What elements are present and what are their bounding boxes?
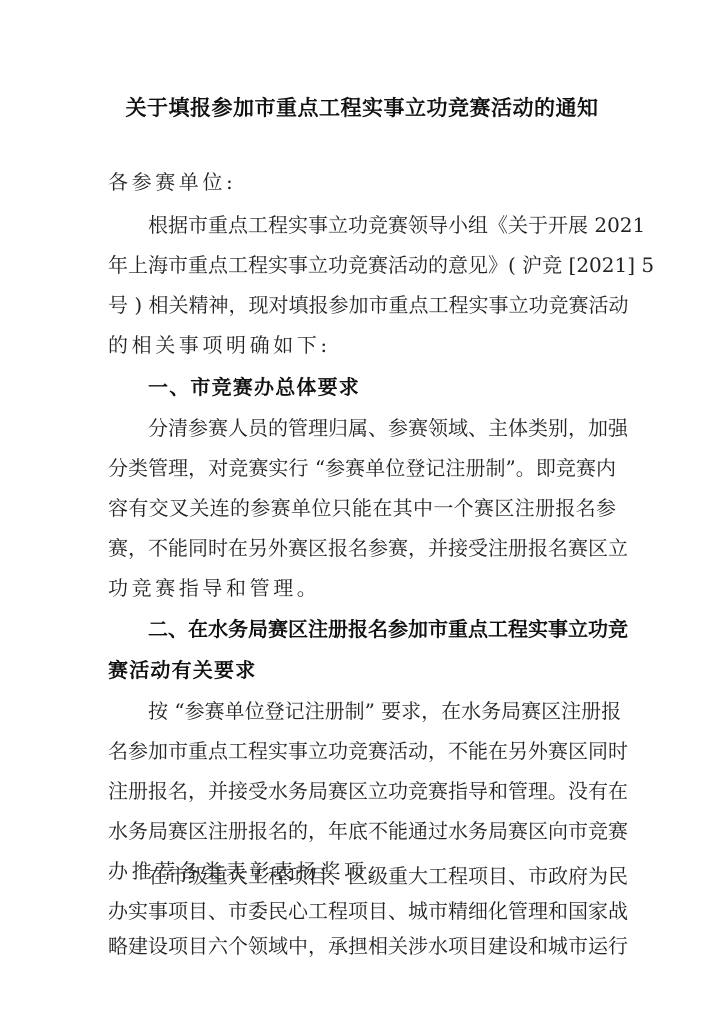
intro-line-4: 的相关事项明确如下: (108, 331, 616, 359)
intro-line-3: 号 ) 相关精神，现对填报参加市重点工程实事立功竞赛活动 (108, 291, 616, 319)
section2-p1-line-2: 名参加市重点工程实事立功竞赛活动，不能在另外赛区同时 (108, 737, 616, 765)
document-title: 关于填报参加市重点工程实事立功竞赛活动的通知 (0, 92, 724, 122)
section1-line-4: 赛，不能同时在另外赛区报名参赛，并接受注册报名赛区立 (108, 534, 616, 562)
section1-heading: 一、市竞赛办总体要求 (148, 373, 616, 401)
section2-p1-line-3: 注册报名，并接受水务局赛区立功竞赛指导和管理。没有在 (108, 777, 616, 805)
document-page: 关于填报参加市重点工程实事立功竞赛活动的通知 各参赛单位: 根据市重点工程实事立… (0, 0, 724, 1024)
section1-line-1: 分清参赛人员的管理归属、参赛领域、主体类别，加强 (148, 414, 616, 442)
section2-p1-line-1: 按 “参赛单位登记注册制” 要求，在水务局赛区注册报 (148, 697, 616, 725)
section2-p2-line-1: 在市级重大工程项目、区级重大工程项目、市政府为民 (148, 862, 616, 890)
section1-line-5: 功竞赛指导和管理。 (108, 574, 616, 602)
section1-line-2: 分类管理，对竞赛实行 “参赛单位登记注册制”。即竞赛内 (108, 454, 616, 482)
section2-p2-line-2: 办实事项目、市委民心工程项目、城市精细化管理和国家战 (108, 897, 616, 925)
intro-line-2: 年上海市重点工程实事立功竞赛活动的意见》( 沪竞 [2021] 5 (108, 251, 616, 279)
intro-line-1: 根据市重点工程实事立功竞赛领导小组《关于开展 2021 (148, 211, 616, 239)
section2-p1-line-4: 水务局赛区注册报名的，年底不能通过水务局赛区向市竞赛 (108, 817, 616, 845)
section1-line-3: 容有交叉关连的参赛单位只能在其中一个赛区注册报名参 (108, 494, 616, 522)
salutation: 各参赛单位: (108, 168, 616, 196)
section2-heading-line-2: 赛活动有关要求 (108, 656, 616, 684)
page-number: 1 (0, 938, 724, 951)
section2-heading-line-1: 二、在水务局赛区注册报名参加市重点工程实事立功竞 (148, 615, 616, 643)
